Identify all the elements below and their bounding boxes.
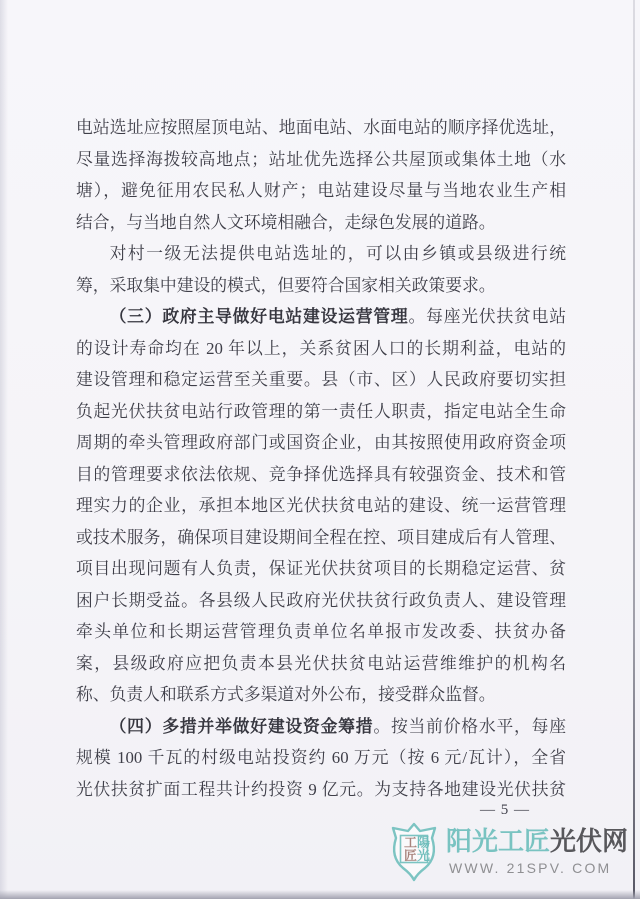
text-line: 电站选址应按照屋顶电站、地面电站、水面电站的顺序择优选址， xyxy=(76,112,566,144)
text-run: 牵头单位和长期运营管理负责单位名单报市发改委、扶贫办备 xyxy=(76,622,566,641)
text-line: （四）多措并举做好建设资金筹措。按当前价格水平，每座 xyxy=(76,711,566,743)
section-heading-run: （四）多措并举做好建设资金筹措 xyxy=(110,717,374,736)
text-line: 负起光伏扶贫电站行政管理的第一责任人职责，指定电站全生命 xyxy=(76,396,566,428)
text-run: 理实力的企业，承担本地区光伏扶贫电站的建设、统一运营管理 xyxy=(76,496,566,515)
text-line: 周期的牵头管理政府部门或国资企业，由其按照使用政府资金项 xyxy=(76,427,566,459)
text-line: 尽量选择海拨较高地点；站址优先选择公共屋顶或集体土地（水 xyxy=(76,144,566,176)
watermark-site-name: 阳光工匠光伏网 xyxy=(446,828,628,854)
text-run: 称、负责人和联系方式多渠道对外公布，接受群众监督。 xyxy=(76,685,496,704)
text-line: 理实力的企业，承担本地区光伏扶贫电站的建设、统一运营管理 xyxy=(76,490,566,522)
document-body: 电站选址应按照屋顶电站、地面电站、水面电站的顺序择优选址，尽量选择海拨较高地点；… xyxy=(76,112,566,805)
logo-char-jiang: 匠 xyxy=(404,848,417,863)
watermark-site-name-teal: 阳光工匠 xyxy=(446,826,550,856)
text-line: 光伏扶贫扩面工程共计约投资 9 亿元。为支持各地建设光伏扶贫 xyxy=(76,774,566,806)
text-run: 困户长期受益。各县级人民政府光伏扶贫行政负责人、建设管理 xyxy=(76,591,566,610)
text-line: 或技术服务，确保项目建设期间全程在控、项目建成后有人管理、 xyxy=(76,522,566,554)
text-line: 案，县级政府应把负责本县光伏扶贫电站运营维维护的机构名 xyxy=(76,648,566,680)
site-watermark: 工 陽 匠 光 阳光工匠光伏网 WWW. 21SPV. COM xyxy=(384,820,640,899)
text-line: 项目出现问题有人负责，保证光伏扶贫项目的长期稳定运营、贫 xyxy=(76,553,566,585)
text-run: 项目出现问题有人负责，保证光伏扶贫项目的长期稳定运营、贫 xyxy=(76,559,566,578)
section-heading-run: （三）政府主导做好电站建设运营管理 xyxy=(110,307,409,326)
logo-char-guang: 光 xyxy=(417,848,430,863)
text-run: 负起光伏扶贫电站行政管理的第一责任人职责，指定电站全生命 xyxy=(76,402,566,421)
text-line: 规模 100 千瓦的村级电站投资约 60 万元（按 6 元/瓦计），全省 xyxy=(76,742,566,774)
text-line: 筹，采取集中建设的模式，但要符合国家相关政策要求。 xyxy=(76,270,566,302)
text-run: 建设管理和稳定运营至关重要。县（市、区）人民政府要切实担 xyxy=(76,370,566,389)
text-line: 对村一级无法提供电站选址的，可以由乡镇或县级进行统 xyxy=(76,238,566,270)
watermark-url: WWW. 21SPV. COM xyxy=(449,860,611,876)
text-run: 结合，与当地自然人文环境相融合，走绿色发展的道路。 xyxy=(76,213,496,232)
text-run: 尽量选择海拨较高地点；站址优先选择公共屋顶或集体土地（水 xyxy=(76,150,566,169)
text-line: 牵头单位和长期运营管理负责单位名单报市发改委、扶贫办备 xyxy=(76,616,566,648)
watermark-site-name-dark: 光伏网 xyxy=(550,826,628,856)
scan-edge-right xyxy=(633,0,635,899)
text-run: 光伏扶贫扩面工程共计约投资 9 亿元。为支持各地建设光伏扶贫 xyxy=(76,780,566,799)
text-run: 对村一级无法提供电站选址的，可以由乡镇或县级进行统 xyxy=(110,244,566,263)
text-line: （三）政府主导做好电站建设运营管理。每座光伏扶贫电站 xyxy=(76,301,566,333)
text-line: 塘），避免征用农民私人财产；电站建设尽量与当地农业生产相 xyxy=(76,175,566,207)
text-line: 的设计寿命均在 20 年以上，关系贫困人口的长期利益，电站的 xyxy=(76,333,566,365)
text-run: 塘），避免征用农民私人财产；电站建设尽量与当地农业生产相 xyxy=(76,181,566,200)
text-run: 筹，采取集中建设的模式，但要符合国家相关政策要求。 xyxy=(76,276,496,295)
text-line: 困户长期受益。各县级人民政府光伏扶贫行政负责人、建设管理 xyxy=(76,585,566,617)
text-line: 称、负责人和联系方式多渠道对外公布，接受群众监督。 xyxy=(76,679,566,711)
page-number: — 5 — xyxy=(450,802,560,819)
text-run: 。按当前价格水平，每座 xyxy=(373,717,566,736)
text-line: 建设管理和稳定运营至关重要。县（市、区）人民政府要切实担 xyxy=(76,364,566,396)
text-run: 规模 100 千瓦的村级电站投资约 60 万元（按 6 元/瓦计），全省 xyxy=(76,748,566,767)
sunshine-craftsman-shield-icon: 工 陽 匠 光 xyxy=(384,821,444,883)
text-run: 电站选址应按照屋顶电站、地面电站、水面电站的顺序择优选址， xyxy=(76,118,566,137)
text-run: 目的管理要求依法依规、竞争择优选择具有较强资金、技术和管 xyxy=(76,465,566,484)
text-run: 。每座光伏扶贫电站 xyxy=(409,307,566,326)
text-run: 案，县级政府应把负责本县光伏扶贫电站运营维维护的机构名 xyxy=(76,654,566,673)
text-run: 周期的牵头管理政府部门或国资企业，由其按照使用政府资金项 xyxy=(76,433,566,452)
text-line: 结合，与当地自然人文环境相融合，走绿色发展的道路。 xyxy=(76,207,566,239)
scan-edge-left xyxy=(0,0,8,899)
text-line: 目的管理要求依法依规、竞争择优选择具有较强资金、技术和管 xyxy=(76,459,566,491)
text-run: 的设计寿命均在 20 年以上，关系贫困人口的长期利益，电站的 xyxy=(76,339,566,358)
text-run: 或技术服务，确保项目建设期间全程在控、项目建成后有人管理、 xyxy=(76,528,566,547)
